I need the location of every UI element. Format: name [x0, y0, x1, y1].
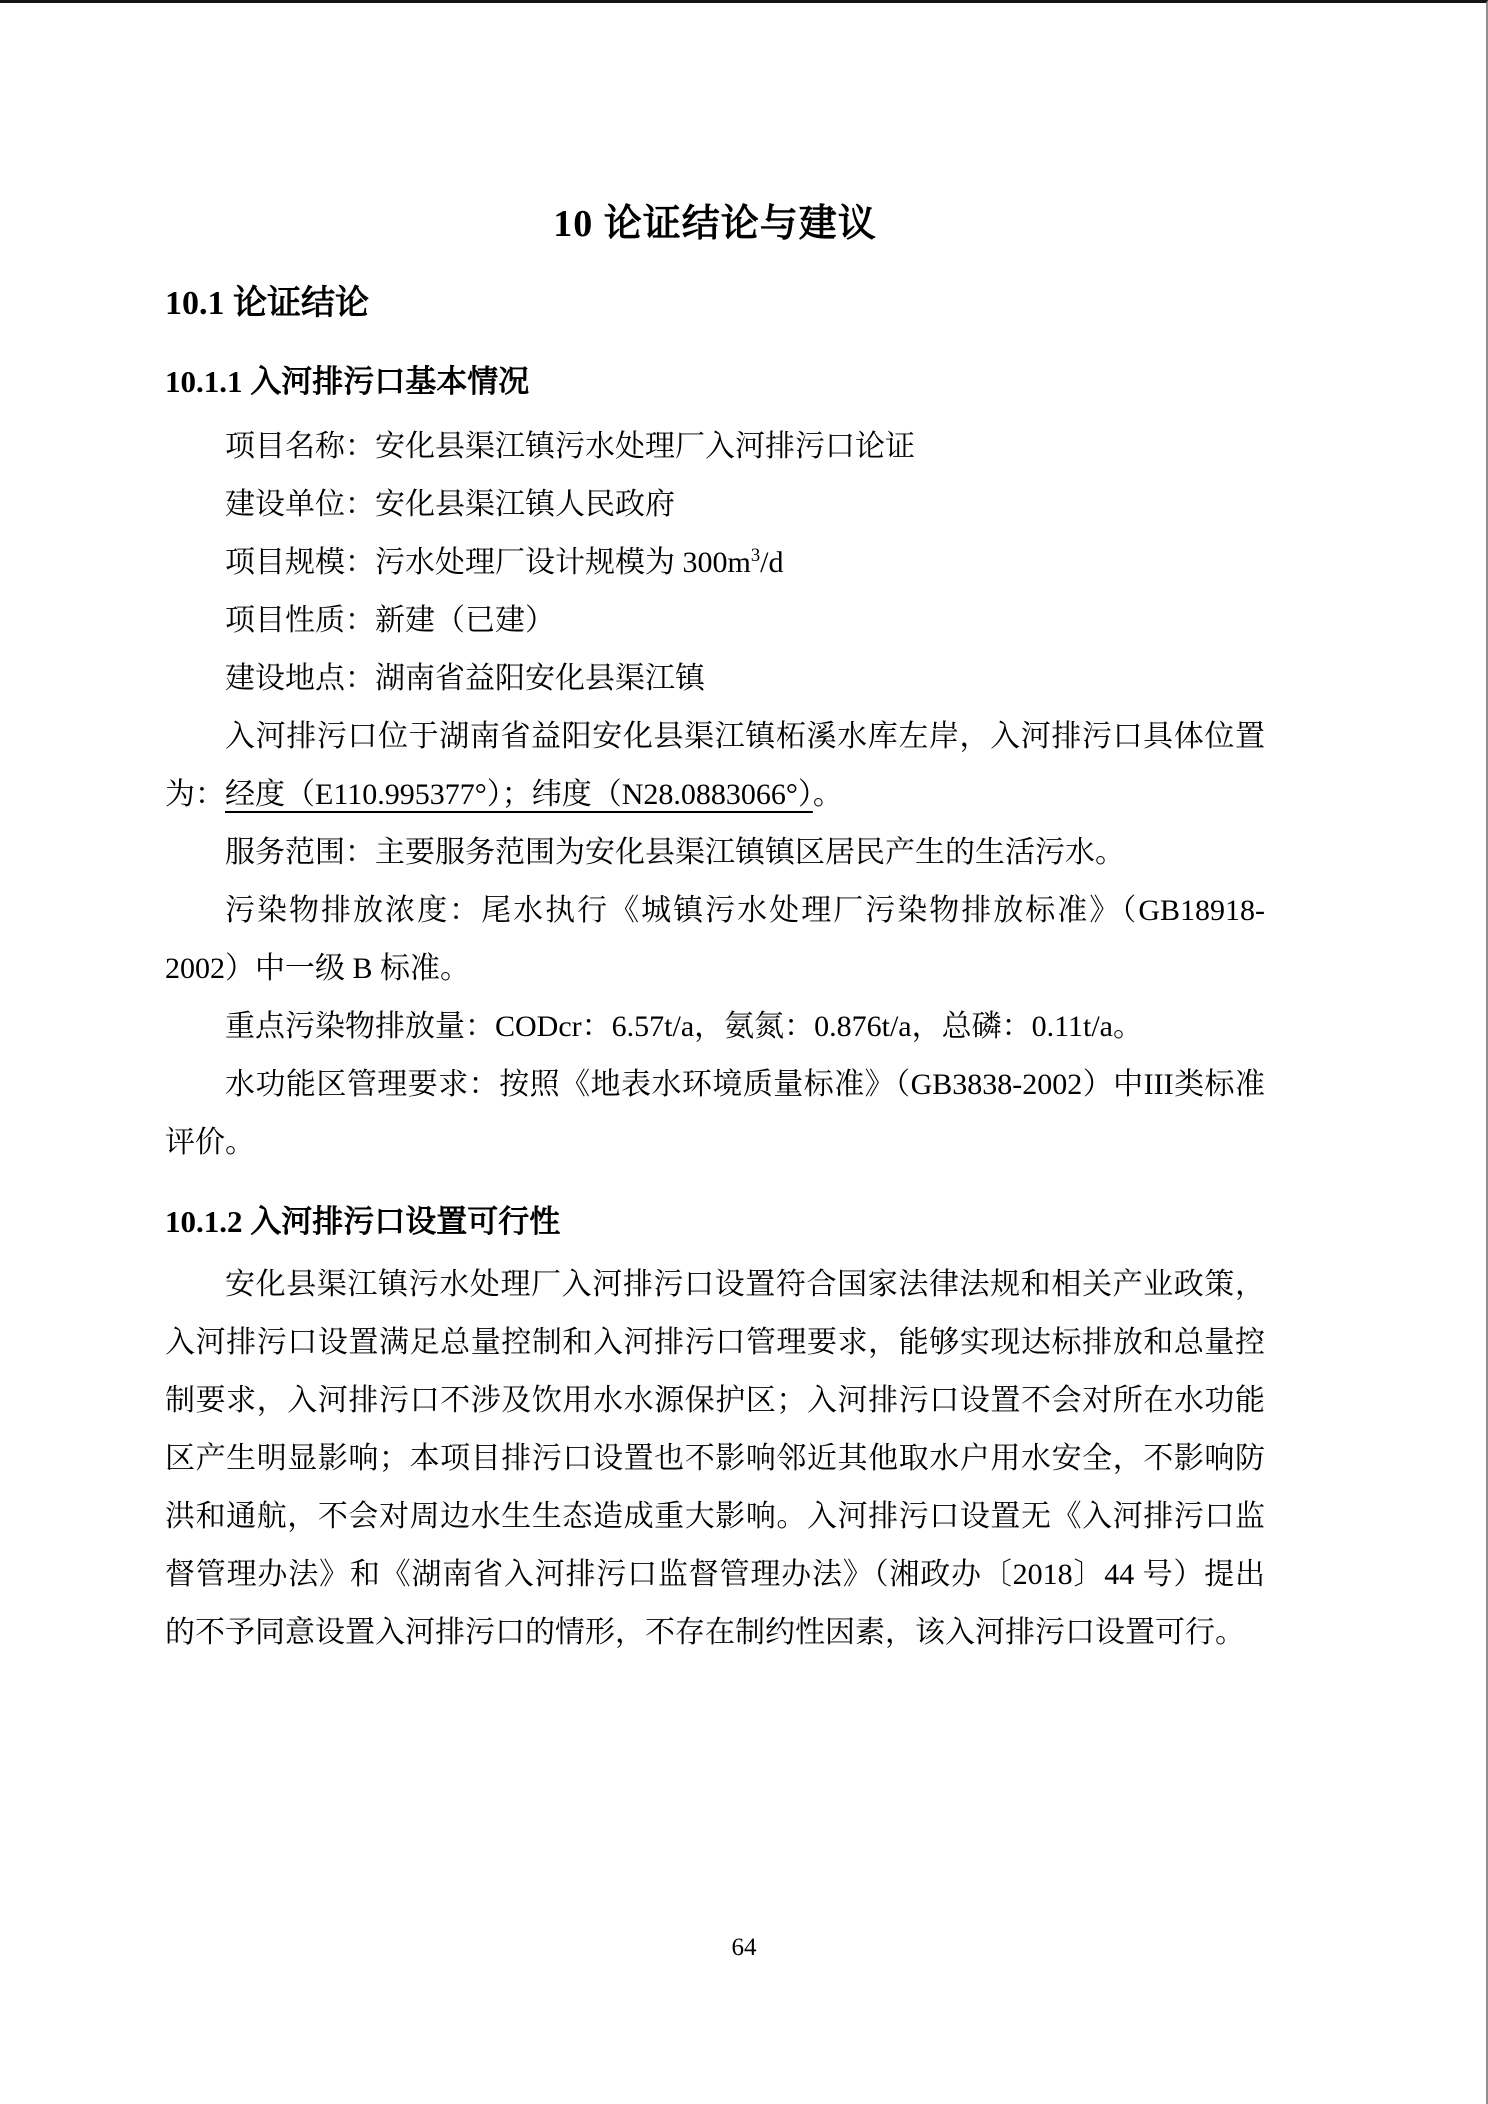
document-page: 10 论证结论与建议 10.1 论证结论 10.1.1 入河排污口基本情况 项目… — [0, 0, 1488, 2104]
paragraph-project-scale: 项目规模：污水处理厂设计规模为 300m3/d — [165, 534, 1265, 592]
subsection-heading-10-1-2: 10.1.2 入河排污口设置可行性 — [165, 1202, 1265, 1242]
coordinates-underlined: 经度（E110.995377°）；纬度（N28.0883066°） — [225, 778, 813, 811]
text-column: 10 论证结论与建议 10.1 论证结论 10.1.1 入河排污口基本情况 项目… — [165, 3, 1265, 1662]
paragraph-water-function-zone: 水功能区管理要求：按照《地表水环境质量标准》（GB3838-2002）中III类… — [165, 1056, 1265, 1172]
cubic-meter-superscript: 3 — [751, 545, 760, 566]
page-number: 64 — [0, 1933, 1488, 1963]
paragraph-outfall-location: 入河排污口位于湖南省益阳安化县渠江镇柘溪水库左岸，入河排污口具体位置为：经度（E… — [165, 708, 1265, 824]
subsection-heading-10-1-1: 10.1.1 入河排污口基本情况 — [165, 362, 1265, 402]
paragraph-discharge-concentration: 污染物排放浓度：尾水执行《城镇污水处理厂污染物排放标准》（GB18918-200… — [165, 882, 1265, 998]
chapter-title: 10 论证结论与建议 — [165, 200, 1265, 248]
section-heading-10-1: 10.1 论证结论 — [165, 282, 1265, 326]
project-scale-text: 项目规模：污水处理厂设计规模为 300m — [225, 546, 751, 579]
paragraph-service-scope: 服务范围：主要服务范围为安化县渠江镇镇区居民产生的生活污水。 — [165, 824, 1265, 882]
paragraph-feasibility: 安化县渠江镇污水处理厂入河排污口设置符合国家法律法规和相关产业政策，入河排污口设… — [165, 1256, 1265, 1662]
project-scale-unit: /d — [760, 546, 783, 579]
paragraph-key-pollutant-amount: 重点污染物排放量：CODcr：6.57t/a，氨氮：0.876t/a，总磷：0.… — [165, 998, 1265, 1056]
paragraph-construction-site: 建设地点：湖南省益阳安化县渠江镇 — [165, 650, 1265, 708]
outfall-location-period: 。 — [813, 778, 843, 811]
paragraph-project-name: 项目名称：安化县渠江镇污水处理厂入河排污口论证 — [165, 418, 1265, 476]
paragraph-project-nature: 项目性质：新建（已建） — [165, 592, 1265, 650]
paragraph-construction-unit: 建设单位：安化县渠江镇人民政府 — [165, 476, 1265, 534]
